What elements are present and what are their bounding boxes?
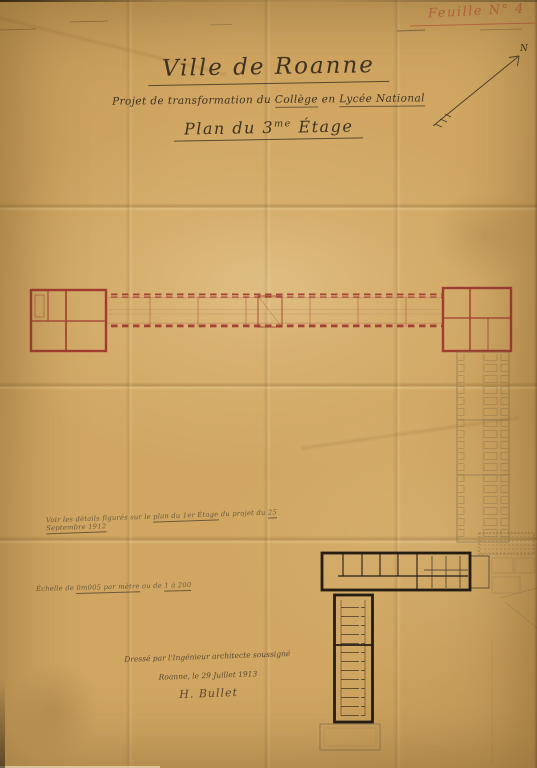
title-block: Ville de Roanne Projet de transformation… [0,54,537,140]
signature-block: Dressé par l'Ingénieur architecte soussi… [117,649,299,703]
plan-title: Plan du 3me Étage [174,116,364,141]
signature-date: Roanne, le 29 Juillet 1913 [118,668,298,683]
subtitle-part-lycee: Lycée National [339,92,425,107]
main-building-plan-red [31,288,511,351]
subtitle-part-college: Collège [275,93,318,107]
south-building-plan-black [320,553,489,750]
paper-edge-top [0,0,537,2]
paper-sheet: N [0,0,537,768]
subtitle-part: en [318,93,339,105]
sheet-label-rules [397,23,535,31]
stray-marks [0,21,232,30]
paper-edge-corner [0,678,5,768]
north-label: N [519,44,529,54]
page-title: Ville de Roanne [148,52,389,86]
subtitle-part: Projet de transformation du [112,94,275,108]
